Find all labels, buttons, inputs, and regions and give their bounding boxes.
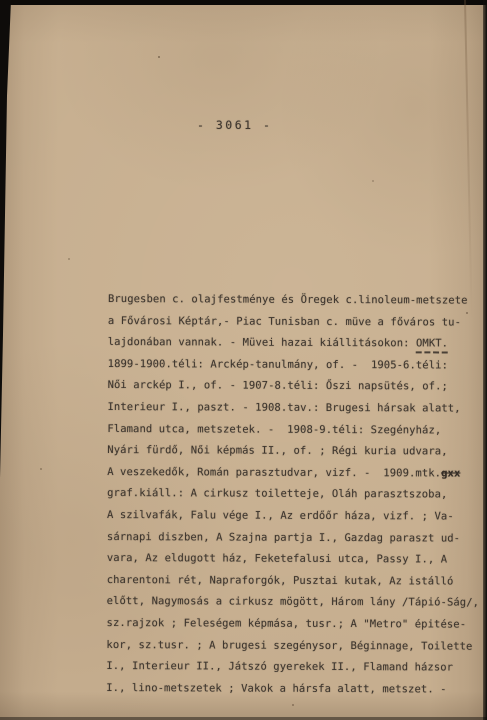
text-line: Női arckép I., of. - 1907-8.téli: Őszi n… (108, 375, 484, 398)
text-line: Interieur I., paszt. - 1908.tav.: Bruges… (107, 397, 483, 420)
text-segment: lajdonában vannak. - Müvei hazai kiállit… (108, 336, 416, 349)
text-line: sárnapi diszben, A Szajna partja I., Gaz… (107, 527, 483, 550)
text-line: I., lino-metszetek ; Vakok a hársfa alat… (106, 678, 482, 701)
page-number: - 3061 - (197, 118, 272, 132)
typewritten-text: Brugesben c. olajfestménye és Öregek c.l… (106, 289, 484, 701)
text-segment: Interieur I., paszt. - 1908.tav.: Bruges… (107, 401, 460, 415)
text-line: sz.rajzok ; Feleségem képmása, tusr.; A … (106, 613, 482, 636)
text-segment: I., Interieur II., Játszó gyerekek II., … (106, 660, 453, 674)
text-line: kor, sz.tusr. ; A brugesi szegénysor, Bé… (106, 634, 482, 657)
scan-border-top (0, 0, 487, 5)
text-segment-struck: gxx (441, 467, 460, 479)
text-segment: graf.kiáll.: A cirkusz toiletteje, Oláh … (107, 487, 447, 500)
scanned-document-page: - 3061 - Brugesben c. olajfestménye és Ö… (0, 0, 487, 720)
text-segment: Nyári fürdő, Női képmás II., of. ; Régi … (107, 444, 447, 457)
text-segment: I., lino-metszetek ; Vakok a hársfa alat… (106, 682, 446, 695)
text-segment: kor, sz.tusr. ; A brugesi szegénysor, Bé… (106, 638, 472, 652)
text-segment: Női arckép I., of. - 1907-8.téli: Őszi n… (108, 379, 448, 392)
text-line: I., Interieur II., Játszó gyerekek II., … (106, 656, 482, 679)
text-line: Flamand utca, metszetek. - 1908-9.téli: … (107, 419, 483, 442)
text-line: 1899-1900.téli: Arckép-tanulmány, of. - … (108, 354, 484, 377)
text-segment: Brugesben c. olajfestménye és Öregek c.l… (108, 293, 468, 307)
text-line: vara, Az eldugott ház, Feketefalusi utca… (107, 548, 483, 571)
text-segment: sz.rajzok ; Feleségem képmása, tusr.; A … (107, 617, 467, 631)
text-segment-dash-underline: OMKT. (416, 338, 448, 354)
text-segment: sárnapi diszben, A Szajna partja I., Gaz… (107, 531, 460, 545)
text-line: Brugesben c. olajfestménye és Öregek c.l… (108, 289, 484, 312)
text-segment: A veszekedők, Román parasztudvar, vizf. … (107, 466, 441, 479)
paper-specks (158, 56, 160, 58)
text-line: a Fővárosi Képtár,- Piac Tunisban c. müv… (108, 311, 484, 334)
text-segment: vara, Az eldugott ház, Feketefalusi utca… (107, 552, 447, 565)
text-line: graf.kiáll.: A cirkusz toiletteje, Oláh … (107, 483, 483, 506)
text-segment: a Fővárosi Képtár,- Piac Tunisban c. müv… (108, 315, 461, 329)
text-line: előtt, Nagymosás a cirkusz mögött, Három… (107, 591, 483, 614)
text-line: charentoni rét, Napraforgók, Pusztai kut… (107, 570, 483, 593)
text-line: A szilvafák, Falu vége I., Az erdőőr ház… (107, 505, 483, 528)
text-segment: előtt, Nagymosás a cirkusz mögött, Három… (107, 595, 480, 609)
text-line: A veszekedők, Román parasztudvar, vizf. … (107, 462, 483, 485)
text-line: Nyári fürdő, Női képmás II., of. ; Régi … (107, 440, 483, 463)
text-segment: A szilvafák, Falu vége I., Az erdőőr ház… (107, 509, 454, 523)
text-segment: Flamand utca, metszetek. - 1908-9.téli: … (107, 423, 441, 436)
text-segment: charentoni rét, Napraforgók, Pusztai kut… (107, 574, 454, 588)
text-line: lajdonában vannak. - Müvei hazai kiállit… (108, 332, 484, 355)
text-segment: 1899-1900.téli: Arckép-tanulmány, of. - … (108, 358, 448, 371)
